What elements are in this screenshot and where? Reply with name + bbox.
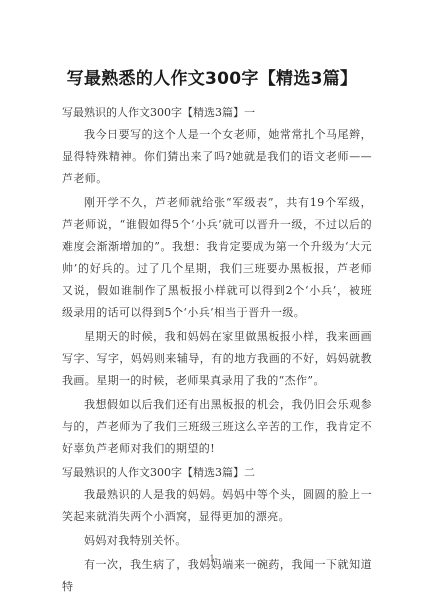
document-title: 写最熟悉的人作文300字【精选3篇】	[0, 64, 424, 89]
section-heading-2: 写最熟识的人作文300字【精选3篇】二	[62, 462, 372, 484]
paragraph: 我想假如以后我们还有出黑板报的机会，我仍旧会乐观参与的，芦老师为了我们三班级三班…	[62, 394, 372, 460]
section-heading-1: 写最熟识的人作文300字【精选3篇】一	[62, 102, 372, 124]
paragraph: 刚开学不久，芦老师就给张“军级表”，共有19个军级，芦老师说，“谁假如得5个‘小…	[62, 192, 372, 324]
page-number: -1-	[0, 554, 424, 563]
document-body: 写最熟识的人作文300字【精选3篇】一 我今日要写的这个人是一个女老师，她常常扎…	[62, 102, 372, 600]
paragraph: 我今日要写的这个人是一个女老师，她常常扎个马尾辫，显得特殊精神。你们猜出来了吗?…	[62, 124, 372, 190]
paragraph: 我最熟识的人是我的妈妈。妈妈中等个头，圆圆的脸上一笑起来就消失两个小酒窝，显得更…	[62, 484, 372, 528]
document-page: 写最熟悉的人作文300字【精选3篇】 写最熟识的人作文300字【精选3篇】一 我…	[0, 0, 424, 600]
paragraph: 星期天的时候，我和妈妈在家里做黑板报小样，我来画画写字、写字，妈妈则来辅导，有的…	[62, 326, 372, 392]
paragraph: 妈妈对我特别关怀。	[62, 530, 372, 552]
